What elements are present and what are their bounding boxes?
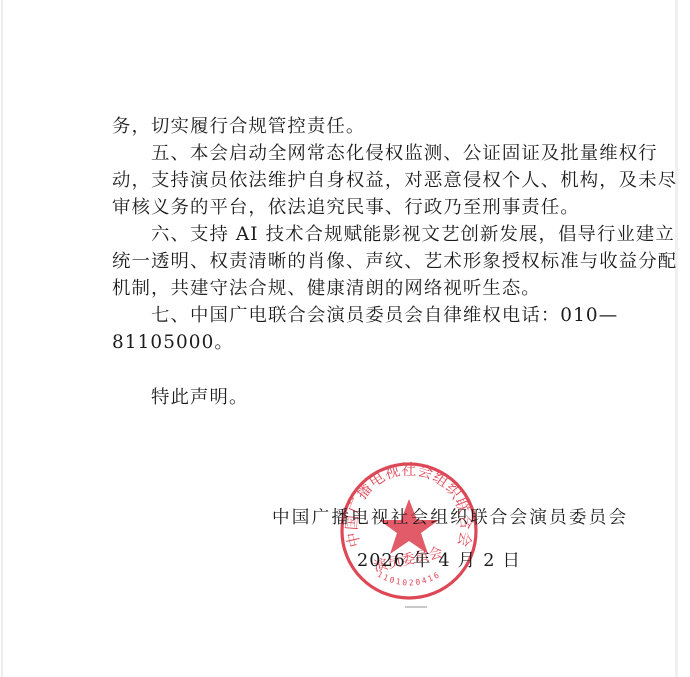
signature-organization: 中国广播电视社会组织联合会演员委员会 (272, 505, 628, 531)
date-day: 2 (483, 551, 495, 571)
paragraph-5-line-2: 动，支持演员依法维护自身权益，对恶意侵权个人、机构，及未尽 (112, 167, 584, 194)
date-month-unit: 月 (458, 551, 477, 571)
paragraph-7-line-2: 81105000。 (112, 329, 584, 356)
paragraph-5-line-1: 五、本会启动全网常态化侵权监测、公证固证及批量维权行 (112, 140, 584, 167)
paragraph-5-line-3: 审核义务的平台，依法追究民事、行政乃至刑事责任。 (112, 194, 584, 221)
date-year-unit: 年 (413, 551, 432, 571)
date-year: 2026 (357, 551, 406, 571)
signature-date: 2026年4月2日 (357, 548, 528, 574)
closing-statement: 特此声明。 (112, 384, 584, 411)
page-edge-right (675, 0, 678, 677)
document-body: 务，切实履行合规管控责任。 五、本会启动全网常态化侵权监测、公证固证及批量维权行… (112, 113, 584, 411)
paragraph-4-line-1: 务，切实履行合规管控责任。 (112, 113, 584, 140)
page-mark (405, 606, 427, 608)
paragraph-7-line-1: 七、中国广电联合会演员委员会自律维权电话：010— (112, 302, 584, 329)
date-day-unit: 日 (502, 551, 521, 571)
official-seal-icon: 中国广播电视社会组织联合会 演员委员会 1101020416 (338, 460, 480, 602)
paragraph-6-line-3: 机制，共建守法合规、健康清朗的网络视听生态。 (112, 275, 584, 302)
paragraph-6-line-1: 六、支持 AI 技术合规赋能影视文艺创新发展，倡导行业建立 (112, 221, 584, 248)
paragraph-6-line-2: 统一透明、权责清晰的肖像、声纹、艺术形象授权标准与收益分配 (112, 248, 584, 275)
spacer (112, 356, 584, 384)
date-month: 4 (438, 551, 450, 571)
page-edge-left (1, 0, 3, 677)
